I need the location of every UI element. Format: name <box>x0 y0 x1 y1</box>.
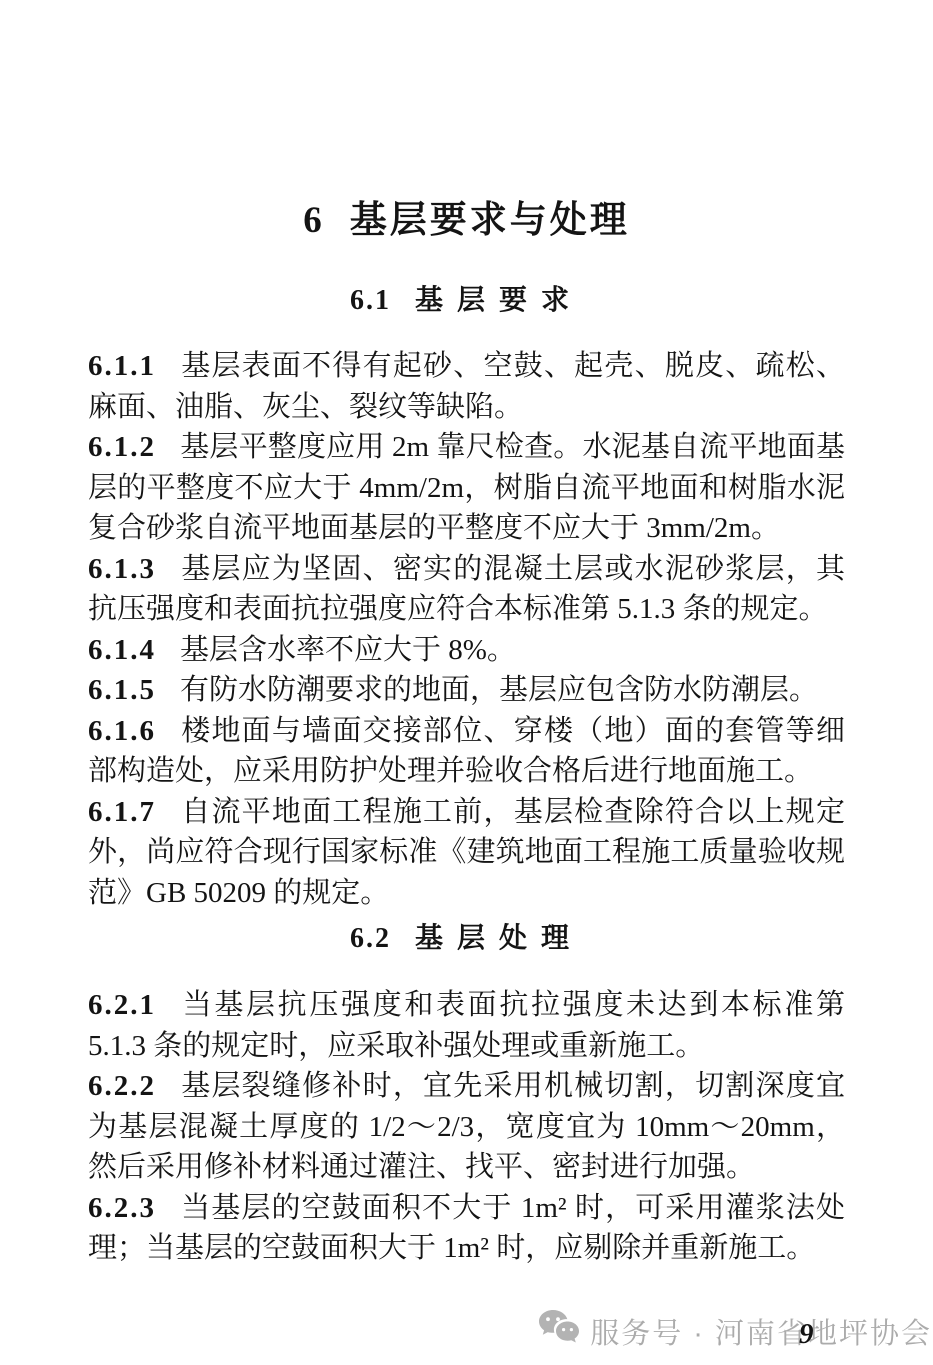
clause-number: 6.1.1 <box>88 350 156 382</box>
clause-text: 有防水防潮要求的地面，基层应包含防水防潮层。 <box>180 674 818 706</box>
section-6-2-clauses: 6.2.1当基层抗压强度和表面抗拉强度未达到本标准第 5.1.3 条的规定时，应… <box>88 985 845 1269</box>
watermark-text: 服务号 · 河南省地坪协会 <box>590 1311 932 1352</box>
clause-6-1-7: 6.1.7自流平地面工程施工前，基层检查除符合以上规定外，尚应符合现行国家标准《… <box>88 792 845 914</box>
clause-6-2-1: 6.2.1当基层抗压强度和表面抗拉强度未达到本标准第 5.1.3 条的规定时，应… <box>88 985 845 1066</box>
clause-6-2-3: 6.2.3当基层的空鼓面积不大于 1m² 时，可采用灌浆法处理；当基层的空鼓面积… <box>88 1188 845 1269</box>
clause-text: 当基层抗压强度和表面抗拉强度未达到本标准第 5.1.3 条的规定时，应采取补强处… <box>88 989 845 1062</box>
section-number: 6.1 <box>350 285 391 316</box>
clause-number: 6.1.6 <box>88 715 156 747</box>
clause-6-1-6: 6.1.6楼地面与墙面交接部位、穿楼（地）面的套管等细部构造处，应采用防护处理并… <box>88 711 845 792</box>
clause-text: 楼地面与墙面交接部位、穿楼（地）面的套管等细部构造处，应采用防护处理并验收合格后… <box>88 715 845 788</box>
page-content: 6基层要求与处理 6.1基层要求 6.1.1基层表面不得有起砂、空鼓、起壳、脱皮… <box>0 0 933 1269</box>
document-page: 6基层要求与处理 6.1基层要求 6.1.1基层表面不得有起砂、空鼓、起壳、脱皮… <box>0 0 933 1365</box>
clause-number: 6.1.4 <box>88 634 156 666</box>
clause-number: 6.1.5 <box>88 674 156 706</box>
clause-number: 6.2.1 <box>88 989 156 1021</box>
page-number: 9 <box>799 1318 814 1351</box>
clause-6-1-2: 6.1.2基层平整度应用 2m 靠尺检查。水泥基自流平地面基层的平整度不应大于 … <box>88 427 845 549</box>
section-heading-6-1: 6.1基层要求 <box>88 285 845 317</box>
section-6-1-clauses: 6.1.1基层表面不得有起砂、空鼓、起壳、脱皮、疏松、麻面、油脂、灰尘、裂纹等缺… <box>88 346 845 913</box>
clause-text: 当基层的空鼓面积不大于 1m² 时，可采用灌浆法处理；当基层的空鼓面积大于 1m… <box>88 1192 845 1265</box>
clause-6-1-1: 6.1.1基层表面不得有起砂、空鼓、起壳、脱皮、疏松、麻面、油脂、灰尘、裂纹等缺… <box>88 346 845 427</box>
clause-6-1-3: 6.1.3基层应为坚固、密实的混凝土层或水泥砂浆层，其抗压强度和表面抗拉强度应符… <box>88 549 845 630</box>
wechat-icon <box>536 1307 582 1355</box>
clause-6-1-4: 6.1.4基层含水率不应大于 8%。 <box>88 630 845 671</box>
chapter-number: 6 <box>303 200 322 241</box>
clause-text: 基层含水率不应大于 8%。 <box>180 634 516 666</box>
clause-text: 基层裂缝修补时，宜先采用机械切割，切割深度宜为基层混凝土厚度的 1/2～2/3，… <box>88 1070 845 1183</box>
chapter-title: 6基层要求与处理 <box>88 199 845 243</box>
section-heading-text: 基层要求 <box>415 285 583 316</box>
section-heading-text: 基层处理 <box>415 923 583 954</box>
clause-number: 6.1.3 <box>88 553 156 585</box>
chapter-title-text: 基层要求与处理 <box>350 200 630 241</box>
page-footer: 服务号 · 河南省地坪协会 9 <box>0 1305 933 1365</box>
clause-text: 基层应为坚固、密实的混凝土层或水泥砂浆层，其抗压强度和表面抗拉强度应符合本标准第… <box>88 553 845 626</box>
clause-number: 6.1.2 <box>88 431 156 463</box>
watermark: 服务号 · 河南省地坪协会 <box>536 1307 932 1355</box>
clause-number: 6.2.3 <box>88 1192 156 1224</box>
section-heading-6-2: 6.2基层处理 <box>88 923 845 955</box>
clause-text: 基层表面不得有起砂、空鼓、起壳、脱皮、疏松、麻面、油脂、灰尘、裂纹等缺陷。 <box>88 350 845 423</box>
clause-text: 基层平整度应用 2m 靠尺检查。水泥基自流平地面基层的平整度不应大于 4mm/2… <box>88 431 845 544</box>
clause-text: 自流平地面工程施工前，基层检查除符合以上规定外，尚应符合现行国家标准《建筑地面工… <box>88 796 845 909</box>
clause-6-2-2: 6.2.2基层裂缝修补时，宜先采用机械切割，切割深度宜为基层混凝土厚度的 1/2… <box>88 1066 845 1188</box>
clause-number: 6.2.2 <box>88 1070 156 1102</box>
clause-number: 6.1.7 <box>88 796 156 828</box>
section-number: 6.2 <box>350 923 391 954</box>
clause-6-1-5: 6.1.5有防水防潮要求的地面，基层应包含防水防潮层。 <box>88 670 845 711</box>
